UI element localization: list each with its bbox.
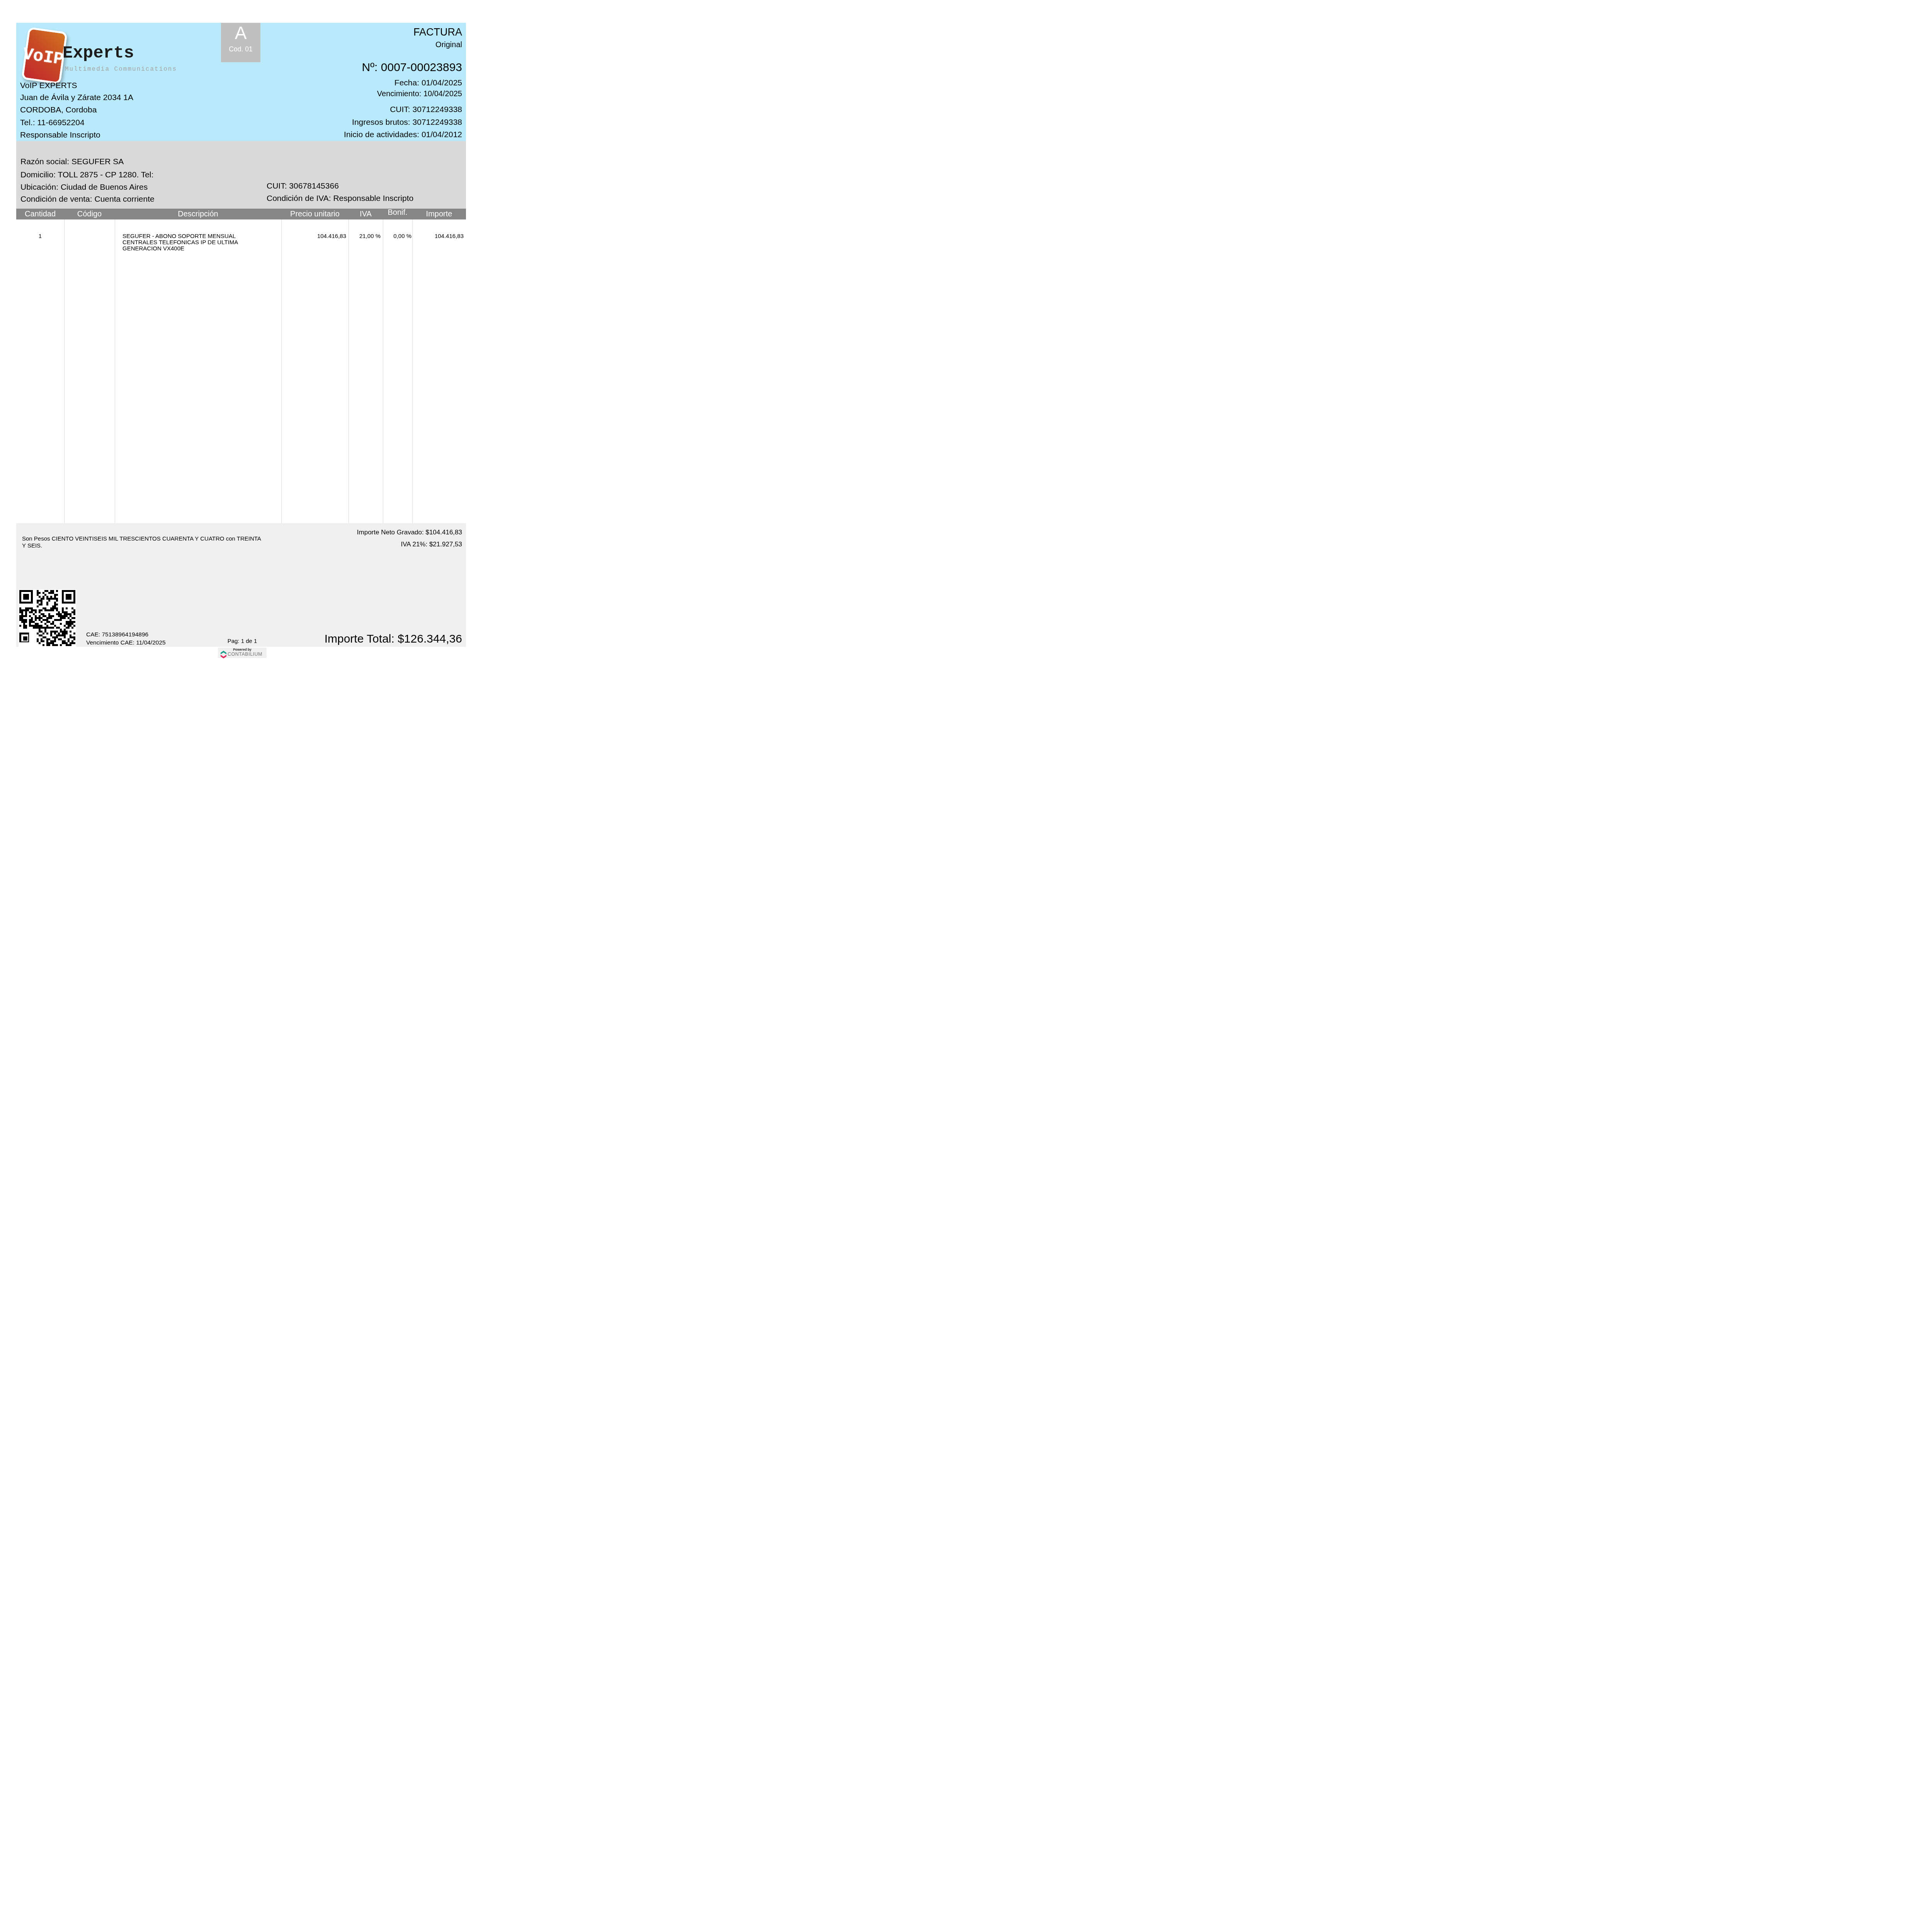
amount-in-words-line2: Y SEIS. bbox=[22, 543, 42, 549]
col-header-codigo: Código bbox=[64, 209, 115, 219]
experts-logo-text: Experts bbox=[63, 45, 134, 62]
col-header-bonif: Bonif. bbox=[383, 207, 412, 218]
row-descripcion-line1: SEGUFER - ABONO SOPORTE MENSUAL bbox=[122, 233, 236, 240]
column-divider bbox=[115, 219, 115, 523]
page-indicator: Pag: 1 de 1 bbox=[216, 638, 268, 645]
seller-phone: Tel.: 11-66952204 bbox=[20, 118, 85, 128]
customer-razon-social: Razón social: SEGUFER SA bbox=[20, 157, 124, 167]
importe-total: Importe Total: $126.344,36 bbox=[325, 633, 462, 646]
customer-condicion-venta: Condición de venta: Cuenta corriente bbox=[20, 195, 155, 204]
column-divider bbox=[64, 219, 65, 523]
invoice-page: VoIP Experts Multimedia Communications A… bbox=[0, 0, 479, 678]
col-header-cantidad: Cantidad bbox=[16, 209, 64, 219]
invoice-number: Nº: 0007-00023893 bbox=[362, 61, 462, 74]
contabilium-brand: CONTABILIUM bbox=[228, 651, 262, 657]
qr-code bbox=[19, 589, 76, 647]
row-bonif: 0,00 % bbox=[383, 233, 411, 240]
seller-gross-income: Ingresos brutos: 30712249338 bbox=[352, 118, 462, 127]
column-divider bbox=[281, 219, 282, 523]
row-importe: 104.416,83 bbox=[412, 233, 464, 240]
invoice-type-letter: A bbox=[221, 24, 260, 42]
seller-activity-start: Inicio de actividades: 01/04/2012 bbox=[344, 130, 462, 139]
invoice-type-code: Cod. 01 bbox=[221, 45, 260, 53]
invoice-title: FACTURA bbox=[413, 26, 462, 38]
customer-condicion-iva: Condición de IVA: Responsable Inscripto bbox=[267, 194, 413, 203]
amount-in-words-line1: Son Pesos CIENTO VEINTISEIS MIL TRESCIEN… bbox=[22, 536, 261, 542]
seller-tax-status: Responsable Inscripto bbox=[20, 130, 100, 140]
col-header-precio-unitario: Precio unitario bbox=[281, 209, 349, 219]
amount-in-words: Son Pesos CIENTO VEINTISEIS MIL TRESCIEN… bbox=[22, 536, 331, 549]
col-header-importe: Importe bbox=[412, 209, 466, 219]
logo-tagline: Multimedia Communications bbox=[65, 66, 177, 73]
customer-ubicacion: Ubicación: Ciudad de Buenos Aires bbox=[20, 183, 148, 192]
col-header-iva: IVA bbox=[349, 209, 383, 219]
seller-address: Juan de Ávila y Zárate 2034 1A bbox=[20, 93, 133, 102]
seller-city: CORDOBA, Cordoba bbox=[20, 105, 97, 115]
column-divider bbox=[412, 219, 413, 523]
row-descripcion-line3: GENERACION VX400E bbox=[122, 246, 184, 252]
invoice-due-date: Vencimiento: 10/04/2025 bbox=[377, 90, 462, 99]
cae-due-date: Vencimiento CAE: 11/04/2025 bbox=[86, 639, 166, 646]
customer-cuit: CUIT: 30678145366 bbox=[267, 182, 339, 191]
column-divider bbox=[349, 219, 349, 523]
customer-domicilio: Domicilio: TOLL 2875 - CP 1280. Tel: bbox=[20, 170, 153, 180]
row-cantidad: 1 bbox=[16, 233, 64, 240]
invoice-date: Fecha: 01/04/2025 bbox=[394, 78, 462, 88]
invoice-copy-label: Original bbox=[435, 41, 462, 49]
seller-cuit: CUIT: 30712249338 bbox=[390, 105, 462, 114]
row-iva: 21,00 % bbox=[349, 233, 381, 240]
cae-number: CAE: 75138964194896 bbox=[86, 631, 148, 638]
seller-name: VoIP EXPERTS bbox=[20, 81, 77, 90]
iva-total: IVA 21%: $21.927,53 bbox=[401, 541, 462, 548]
contabilium-icon bbox=[221, 651, 226, 660]
row-descripcion-line2: CENTRALES TELEFONICAS IP DE ULTIMA bbox=[122, 240, 238, 246]
row-precio-unitario: 104.416,83 bbox=[281, 233, 346, 240]
column-divider bbox=[383, 219, 383, 523]
col-header-descripcion: Descripción bbox=[115, 209, 281, 219]
neto-gravado: Importe Neto Gravado: $104.416,83 bbox=[357, 529, 462, 536]
